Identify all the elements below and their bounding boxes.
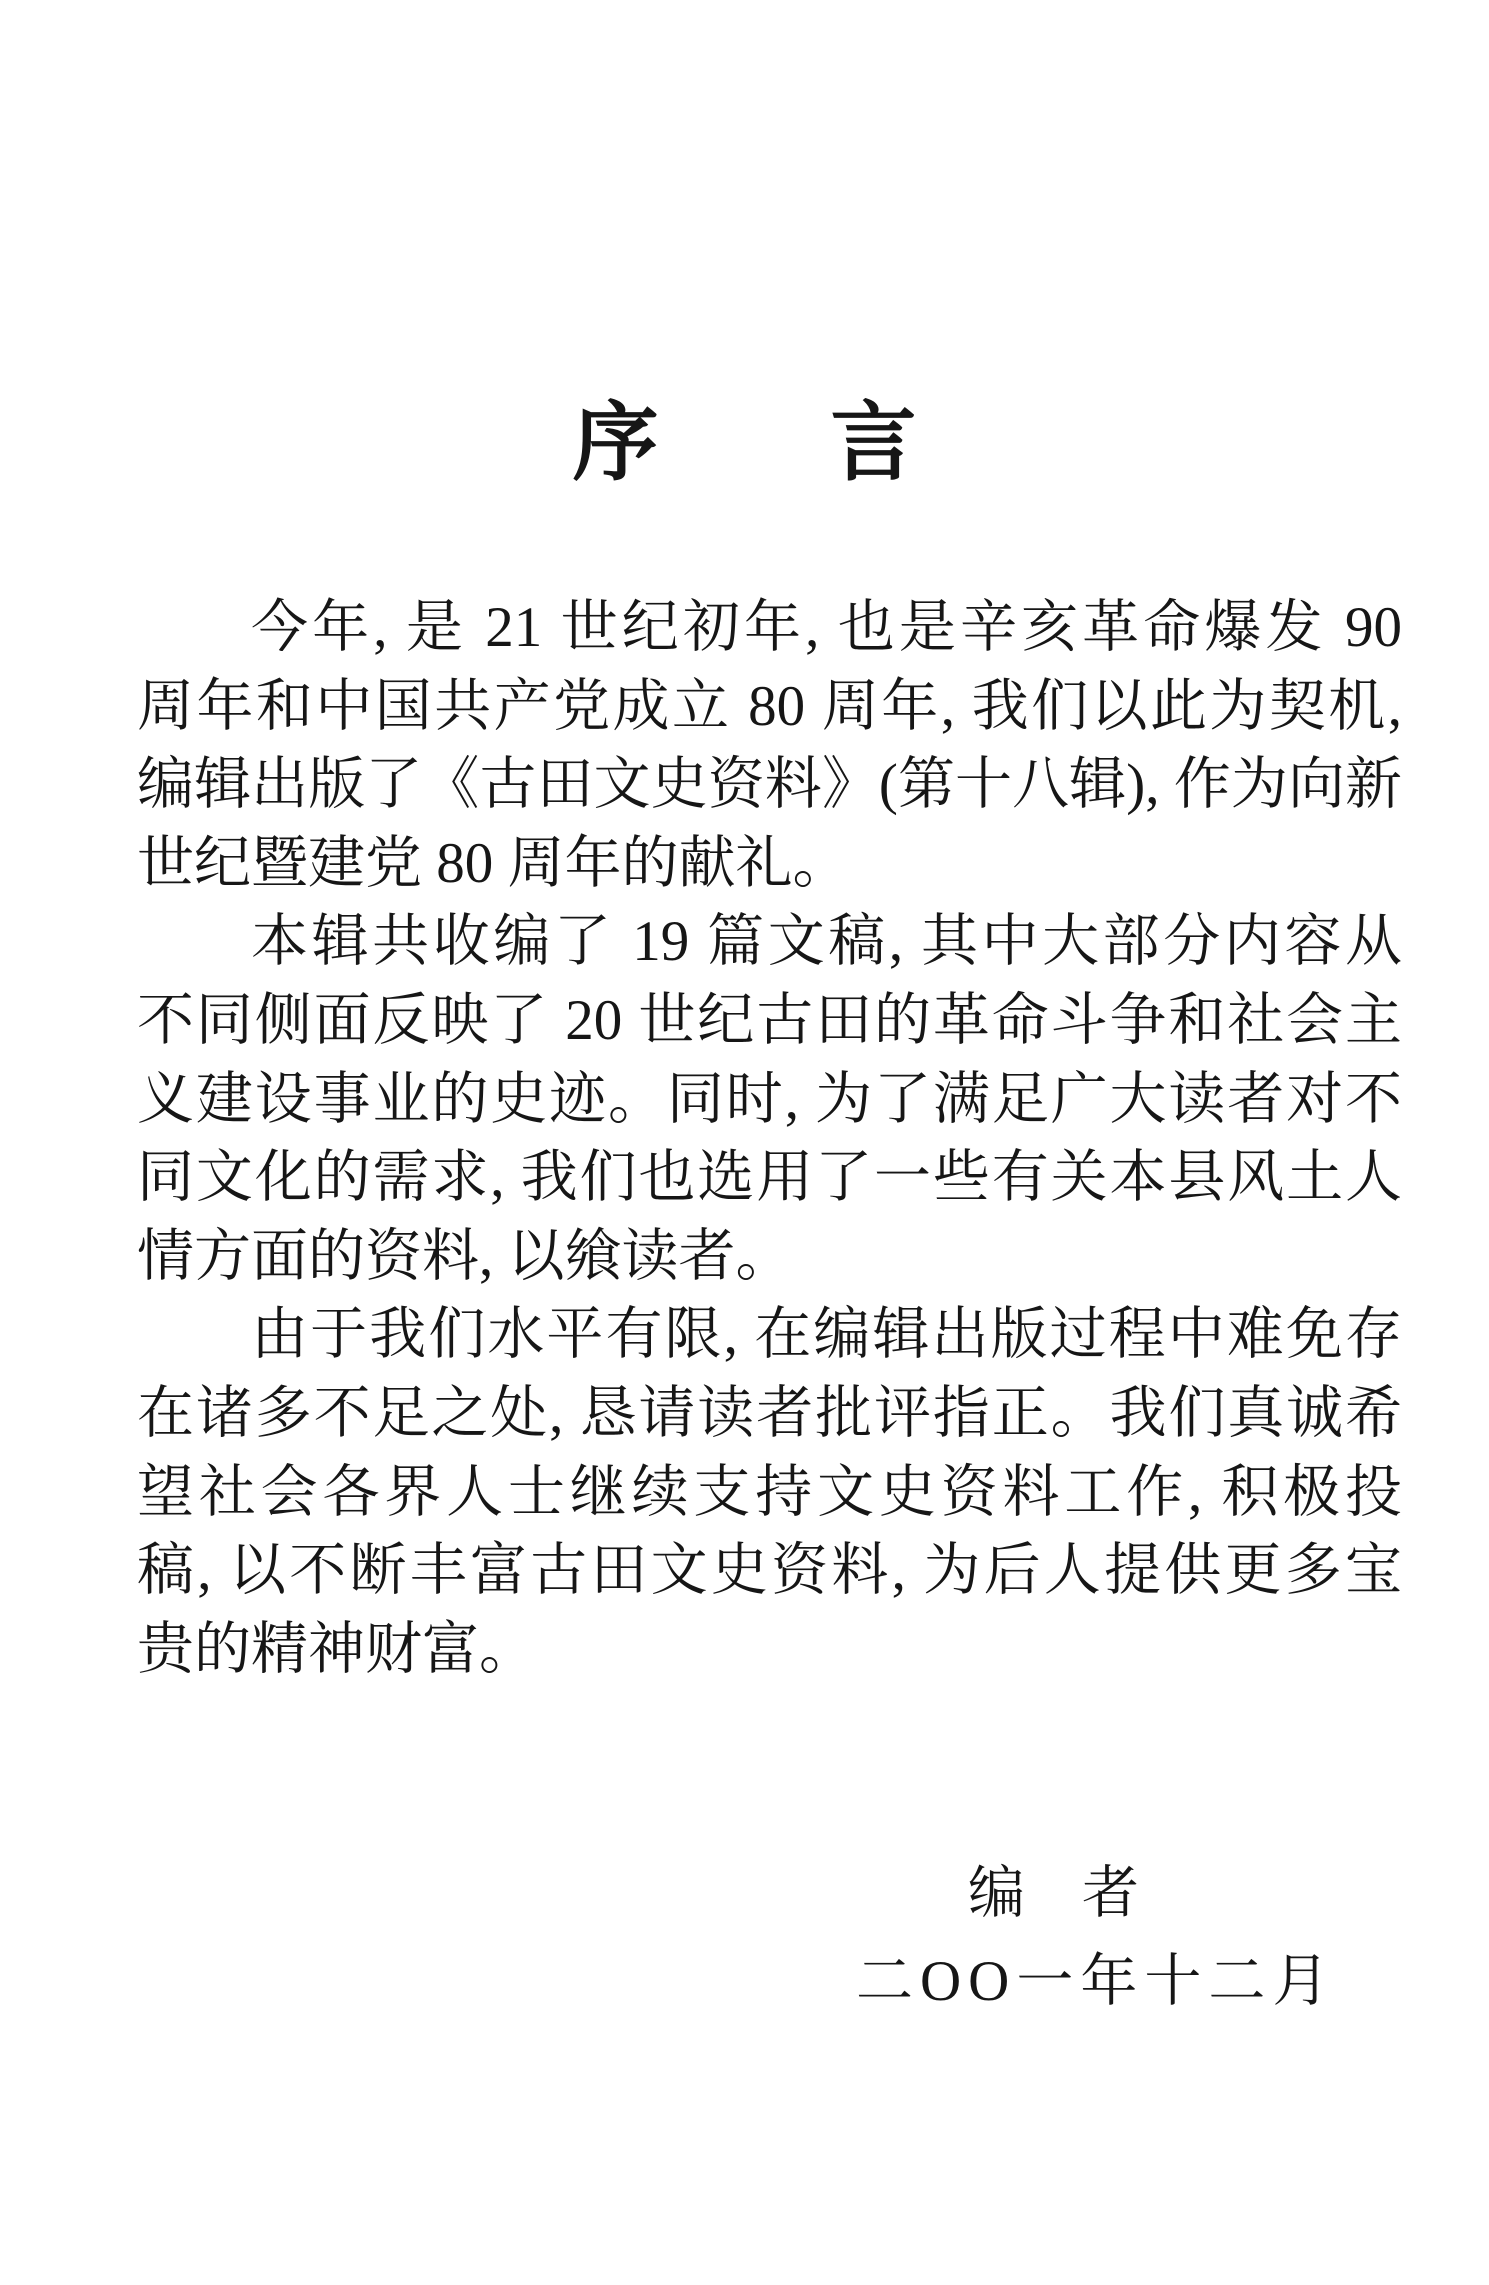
body-line: 编辑出版了《古田文史资料》(第十八辑), 作为向新 [137, 746, 1402, 825]
body-line: 同文化的需求, 我们也选用了一些有关本县风土人 [137, 1139, 1402, 1218]
body-line: 贵的精神财富。 [137, 1611, 1402, 1690]
body-line: 周年和中国共产党成立 80 周年, 我们以此为契机, [137, 668, 1402, 747]
body-line: 本辑共收编了 19 篇文稿, 其中大部分内容从 [137, 903, 1402, 982]
body-line: 世纪暨建党 80 周年的献礼。 [137, 825, 1402, 904]
page-title: 序 言 [0, 384, 1489, 502]
publication-date: 二OO一年十二月 [856, 1944, 1336, 2020]
scanned-preface-page: 序 言 今年, 是 21 世纪初年, 也是辛亥革命爆发 90 周年和中国共产党成… [0, 0, 1489, 2285]
body-line: 不同侧面反映了 20 世纪古田的革命斗争和社会主 [137, 982, 1402, 1061]
body-line: 今年, 是 21 世纪初年, 也是辛亥革命爆发 90 [137, 589, 1402, 668]
body-line: 义建设事业的史迹。同时, 为了满足广大读者对不 [137, 1061, 1402, 1140]
author-signature: 编 者 [968, 1856, 1139, 1932]
body-line: 望社会各界人士继续支持文史资料工作, 积极投 [137, 1454, 1402, 1533]
body-line: 由于我们水平有限, 在编辑出版过程中难免存 [137, 1296, 1402, 1375]
preface-body: 今年, 是 21 世纪初年, 也是辛亥革命爆发 90 周年和中国共产党成立 80… [137, 589, 1402, 1689]
body-line: 在诸多不足之处, 恳请读者批评指正。我们真诚希 [137, 1375, 1402, 1454]
body-line: 情方面的资料, 以飨读者。 [137, 1218, 1402, 1297]
body-line: 稿, 以不断丰富古田文史资料, 为后人提供更多宝 [137, 1532, 1402, 1611]
